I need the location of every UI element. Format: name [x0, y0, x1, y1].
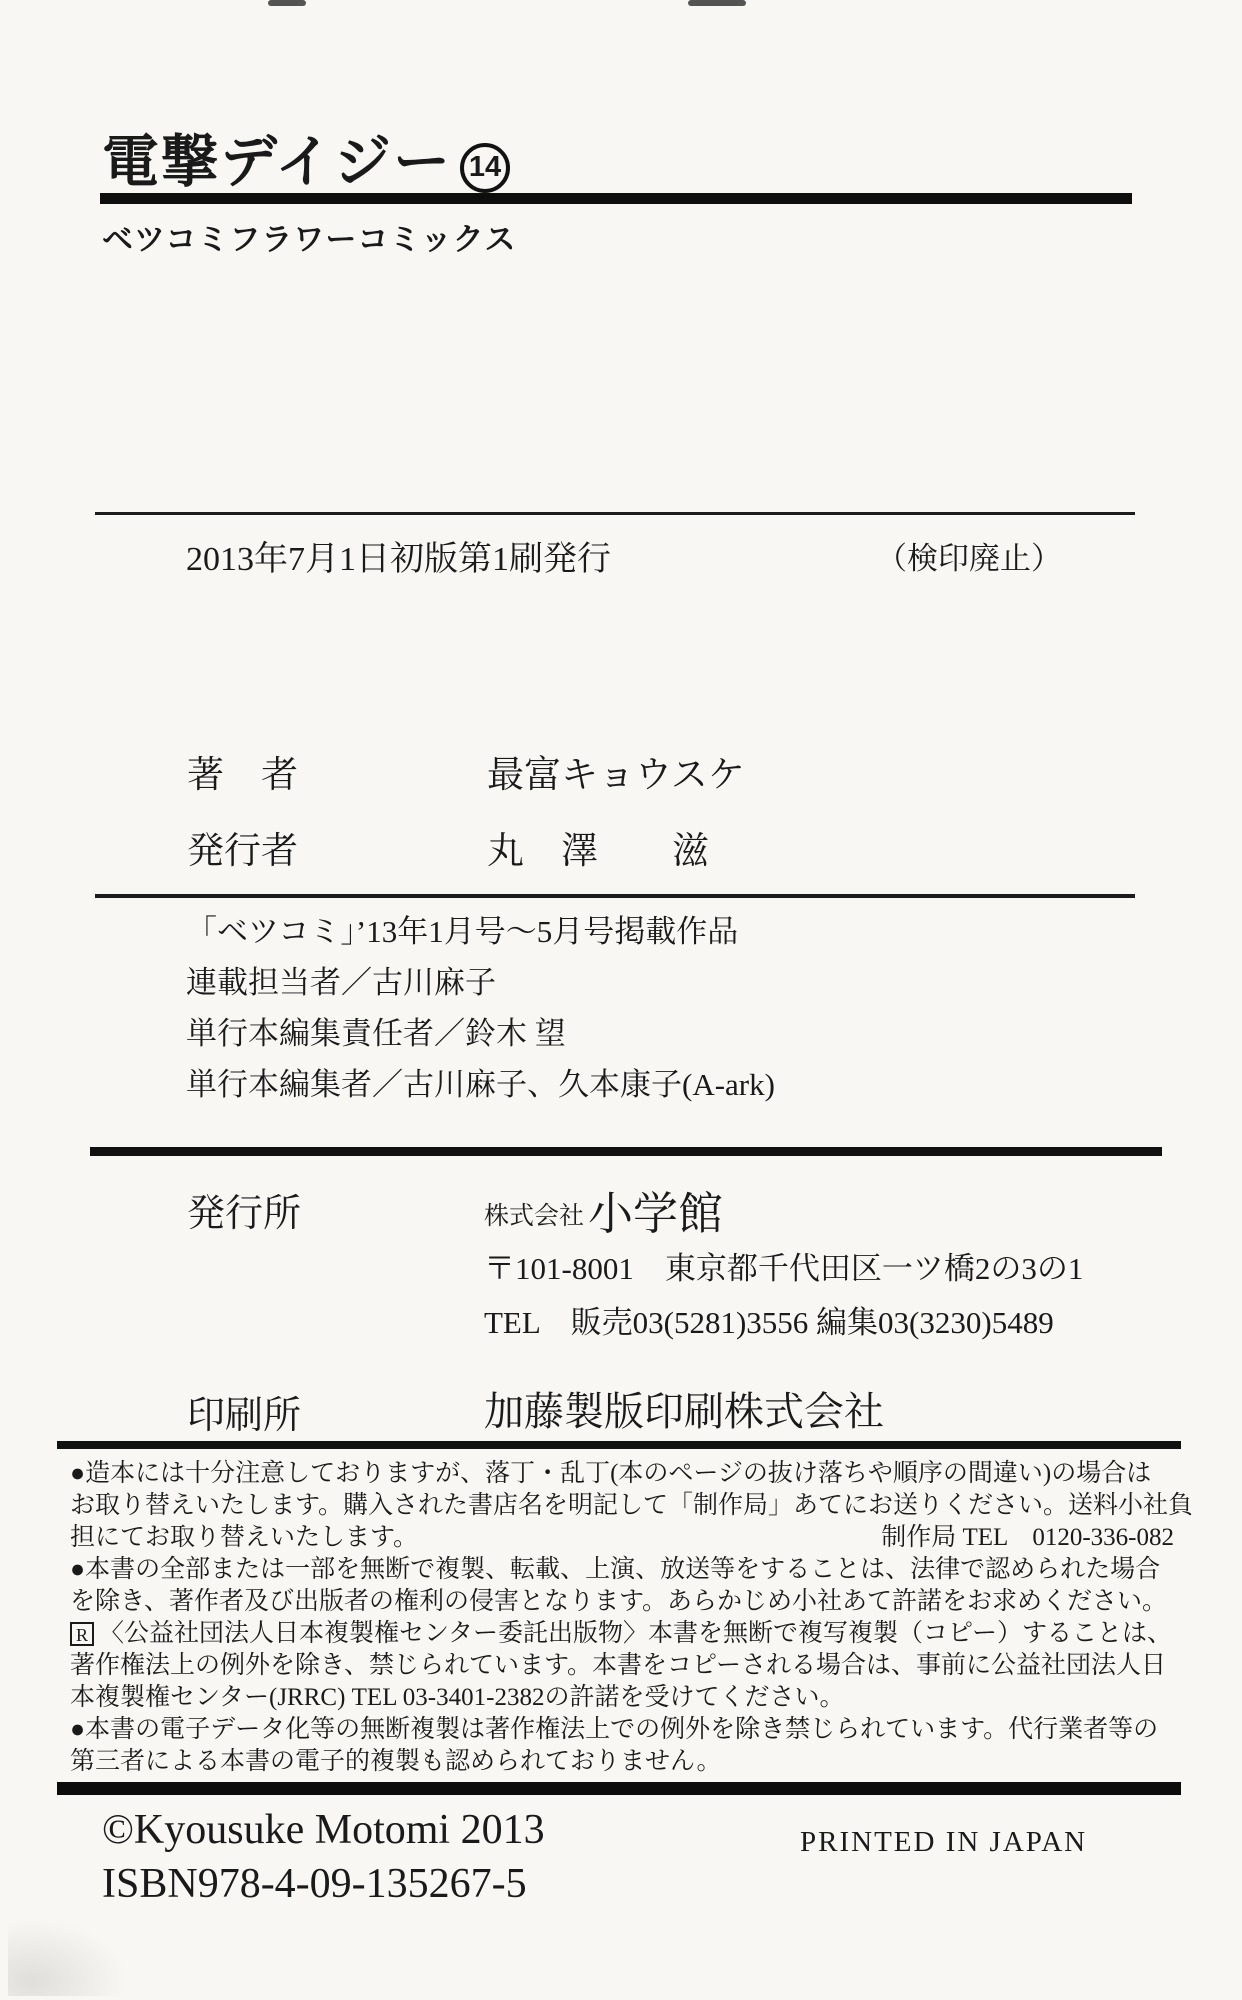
legal-line: R〈公益社団法人日本複製権センター委託出版物〉本書を無断で複写複製（コピー）する…: [70, 1618, 1174, 1650]
publisher-label: 発行所: [187, 1182, 301, 1237]
scan-smudge: [688, 0, 746, 6]
printer-label: 印刷所: [187, 1384, 301, 1439]
legal-line: 第三者による本書の電子的複製も認められておりません。: [70, 1746, 1174, 1778]
author-name: 最富キョウスケ: [487, 744, 745, 798]
edition-section-rule: [95, 512, 1135, 515]
serial-section-rule: [95, 894, 1135, 898]
colophon-page: 電撃デイジー14 ベツコミフラワーコミックス 2013年7月1日初版第1刷発行 …: [0, 0, 1242, 2000]
serial-info-line: 単行本編集者／古川麻子、久本康子(A-ark): [186, 1059, 775, 1110]
publisher-company-prefix: 株式会社: [484, 1196, 584, 1232]
title-underline-bar: [100, 193, 1132, 204]
serial-info-line: 単行本編集責任者／鈴木 望: [186, 1008, 775, 1059]
copyright-text: ©Kyousuke Motomi 2013: [102, 1806, 545, 1854]
legal-section-rule-top: [57, 1441, 1181, 1449]
publisher-phone: TEL 販売03(5281)3556 編集03(3230)5489: [484, 1297, 1054, 1342]
edition-date: 2013年7月1日初版第1刷発行: [186, 531, 611, 580]
legal-text: ●造本には十分注意しておりますが、落丁・乱丁(本のページの抜け落ちや順序の間違い…: [70, 1458, 1174, 1778]
serial-info-line: 連載担当者／古川麻子: [186, 957, 775, 1008]
legal-line: ●本書の電子データ化等の無断複製は著作権法上での例外を除き禁じられています。代行…: [70, 1714, 1174, 1746]
scan-smudge: [268, 0, 306, 6]
legal-line: を除き、著作者及び出版者の権利の侵害となります。あらかじめ小社あて許諾をお求めく…: [70, 1586, 1174, 1618]
legal-line: ●造本には十分注意しておりますが、落丁・乱丁(本のページの抜け落ちや順序の間違い…: [70, 1458, 1174, 1490]
scan-smudge: [8, 1918, 128, 1996]
book-title-text: 電撃デイジー: [102, 130, 452, 194]
serial-info-line: 「ベツコミ」’13年1月号～5月号掲載作品: [186, 906, 775, 957]
printer-name: 加藤製版印刷株式会社: [484, 1380, 884, 1437]
imprint-label: ベツコミフラワーコミックス: [102, 214, 516, 259]
legal-line: お取り替えいたします。購入された書店名を明記して「制作局」あてにお送りください。…: [70, 1490, 1174, 1522]
legal-line: 担にてお取り替えいたします。制作局 TEL 0120-336-082: [70, 1522, 1174, 1554]
printed-in-japan: PRINTED IN JAPAN: [800, 1826, 1087, 1859]
isbn-text: ISBN978-4-09-135267-5: [102, 1860, 527, 1908]
author-label: 著 者: [187, 744, 298, 798]
publisher-section-rule: [90, 1147, 1162, 1156]
production-bureau-phone: 制作局 TEL 0120-336-082: [881, 1522, 1174, 1554]
jrrc-registered-mark: R: [70, 1622, 94, 1646]
legal-line: ●本書の全部または一部を無断で複製、転載、上演、放送等をすることは、法律で認めら…: [70, 1554, 1174, 1586]
serial-info-block: 「ベツコミ」’13年1月号～5月号掲載作品 連載担当者／古川麻子 単行本編集責任…: [186, 906, 775, 1110]
legal-line: 著作権法上の例外を除き、禁じられています。本書をコピーされる場合は、事前に公益社…: [70, 1650, 1174, 1682]
publisher-address: 〒101-8001 東京都千代田区一ツ橋2の3の1: [484, 1243, 1083, 1288]
publisher-person-label: 発行者: [187, 820, 298, 874]
publisher-person-name: 丸 澤 滋: [487, 820, 709, 874]
edition-note: （検印廃止）: [876, 533, 1062, 578]
volume-number-badge: 14: [460, 143, 510, 193]
book-title: 電撃デイジー14: [102, 116, 510, 198]
publisher-company-name: 小学館: [588, 1177, 723, 1242]
legal-line: 本複製権センター(JRRC) TEL 03-3401-2382の許諾を受けてくだ…: [70, 1682, 1174, 1714]
legal-section-rule-bottom: [57, 1782, 1181, 1795]
